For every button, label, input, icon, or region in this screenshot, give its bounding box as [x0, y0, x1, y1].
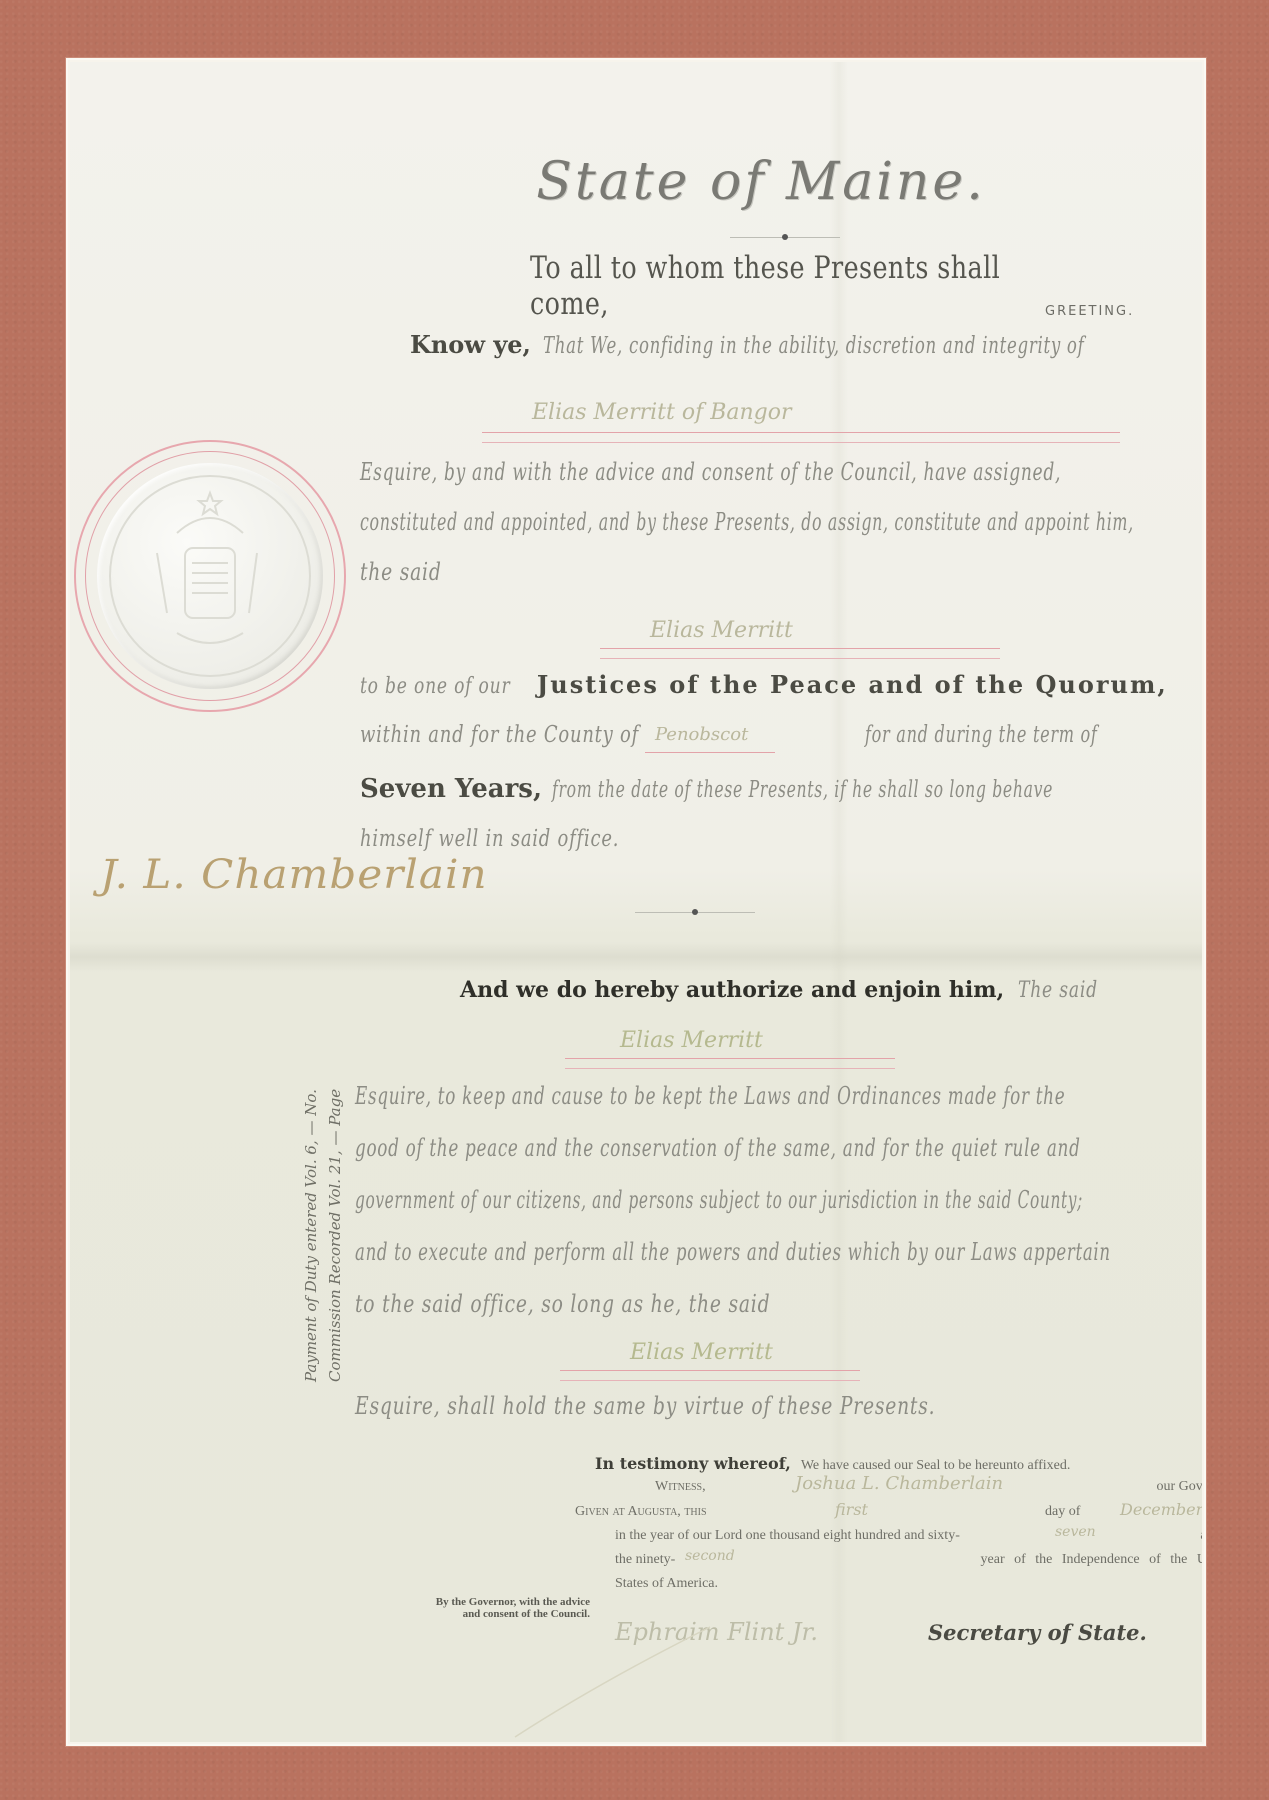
- margin-note-payment: Payment of Duty entered Vol. 6, — No.: [302, 1089, 320, 1382]
- appointee-fill-line: Elias Merritt of Bangor: [482, 402, 1120, 432]
- paragraph2-line5: to the said office, so long as he, the s…: [355, 1290, 770, 1318]
- preamble: Know ye, That We, confiding in the abili…: [410, 330, 1202, 359]
- by-governor-note: By the Governor, with the advice and con…: [350, 1596, 590, 1620]
- appointee-name-handwritten-4: Elias Merritt: [630, 1340, 773, 1365]
- year-prefix: in the year of our Lord one thousand eig…: [615, 1528, 960, 1544]
- preamble-text: That We, confiding in the ability, discr…: [543, 333, 1084, 359]
- witness-label: Witness,: [655, 1479, 706, 1495]
- paragraph2-line2: good of the peace and the conservation o…: [355, 1134, 1081, 1162]
- governor-label: our Governor.: [1156, 1479, 1202, 1495]
- seal-inner-ring: [85, 451, 335, 701]
- given-label: Given at Augusta, this: [575, 1504, 707, 1520]
- paragraph1-line3: the said: [360, 558, 442, 586]
- document-title: State of Maine.: [70, 152, 1202, 212]
- by-governor-line2: and consent of the Council.: [350, 1608, 590, 1620]
- testimony-line: In testimony whereof, We have caused our…: [595, 1454, 1070, 1474]
- signature-flourish-icon: [510, 1622, 730, 1742]
- county-prefix: within and for the County of: [360, 722, 639, 748]
- state-seal: [74, 440, 346, 712]
- term-line2: himself well in said office.: [360, 826, 619, 852]
- witness-line: Witness, Joshua L. Chamberlain our Gover…: [575, 1477, 1202, 1501]
- testimony-lead: In testimony whereof,: [595, 1454, 791, 1473]
- paragraph1-line1: Esquire, by and with the advice and cons…: [360, 458, 1061, 486]
- title-divider: [730, 237, 840, 238]
- independence-handwritten: second: [685, 1548, 735, 1564]
- paragraph1-line2: constituted and appointed, and by these …: [360, 508, 1134, 536]
- appointee-name-handwritten: Elias Merritt of Bangor: [532, 400, 792, 425]
- appointee-fill-line-3: Elias Merritt: [565, 1032, 895, 1062]
- margin-note-recorded: Commission Recorded Vol. 21, — Page: [326, 1089, 344, 1382]
- office-line: to be one of our Justices of the Peace a…: [360, 670, 1168, 699]
- horizontal-fold: [70, 942, 1202, 972]
- county-handwritten: Penobscot: [655, 724, 748, 745]
- month-handwritten: December: [1120, 1500, 1202, 1519]
- authorize-bold: And we do hereby authorize and enjoin hi…: [460, 977, 1004, 1003]
- independence-line: the ninety- second year of the Independe…: [615, 1550, 1202, 1572]
- seal-emblem-icon: [97, 463, 323, 689]
- address-line: To all to whom these Presents shall come…: [530, 250, 1081, 322]
- commission-document: State of Maine. To all to whom these Pre…: [70, 62, 1202, 1742]
- embossed-seal-icon: [97, 463, 323, 689]
- paragraph2-line3: government of our citizens, and persons …: [355, 1186, 1083, 1214]
- day-of-label: day of: [1045, 1504, 1080, 1520]
- county-suffix: for and during the term of: [865, 722, 1098, 748]
- appointee-fill-line-2: Elias Merritt: [600, 622, 1000, 652]
- day-handwritten: first: [835, 1500, 868, 1519]
- preamble-lead: Know ye,: [410, 330, 531, 359]
- appointee-name-handwritten-3: Elias Merritt: [620, 1028, 763, 1053]
- middle-divider: [635, 912, 755, 913]
- appointee-fill-line-4: Elias Merritt: [560, 1344, 860, 1374]
- paragraph2-line4: and to execute and perform all the power…: [355, 1238, 1111, 1266]
- independence-prefix: the ninety-: [615, 1552, 675, 1568]
- independence-end: States of America.: [615, 1576, 718, 1592]
- office-prefix: to be one of our: [360, 674, 510, 699]
- authorize-script: The said: [1018, 978, 1098, 1003]
- office-title: Justices of the Peace and of the Quorum,: [537, 670, 1168, 699]
- year-handwritten: seven: [1055, 1524, 1096, 1540]
- term-text: from the date of these Presents, if he s…: [552, 777, 1053, 803]
- given-line: Given at Augusta, this first day of Dece…: [575, 1502, 1202, 1526]
- year-line: in the year of our Lord one thousand eig…: [615, 1526, 1202, 1548]
- paragraph3: Esquire, shall hold the same by virtue o…: [355, 1392, 935, 1420]
- term-line: Seven Years, from the date of these Pres…: [360, 774, 1202, 804]
- testimony-text: We have caused our Seal to be hereunto a…: [801, 1458, 1071, 1473]
- governor-margin-signature: J. L. Chamberlain: [100, 852, 488, 898]
- by-governor-line1: By the Governor, with the advice: [350, 1596, 590, 1608]
- witness-name-handwritten: Joshua L. Chamberlain: [795, 1473, 1003, 1494]
- county-line: within and for the County of Penobscot f…: [360, 722, 1202, 756]
- term-years: Seven Years,: [360, 774, 542, 804]
- greeting: GREETING.: [1045, 304, 1134, 319]
- appointee-name-handwritten-2: Elias Merritt: [650, 618, 793, 643]
- independence-suffix: year of the Independence of the United: [981, 1552, 1202, 1568]
- paragraph2-line1: Esquire, to keep and cause to be kept th…: [355, 1082, 1065, 1110]
- authorize-line: And we do hereby authorize and enjoin hi…: [460, 977, 1121, 1003]
- year-suffix: and in: [1200, 1528, 1202, 1544]
- secretary-title: Secretary of State.: [928, 1620, 1147, 1645]
